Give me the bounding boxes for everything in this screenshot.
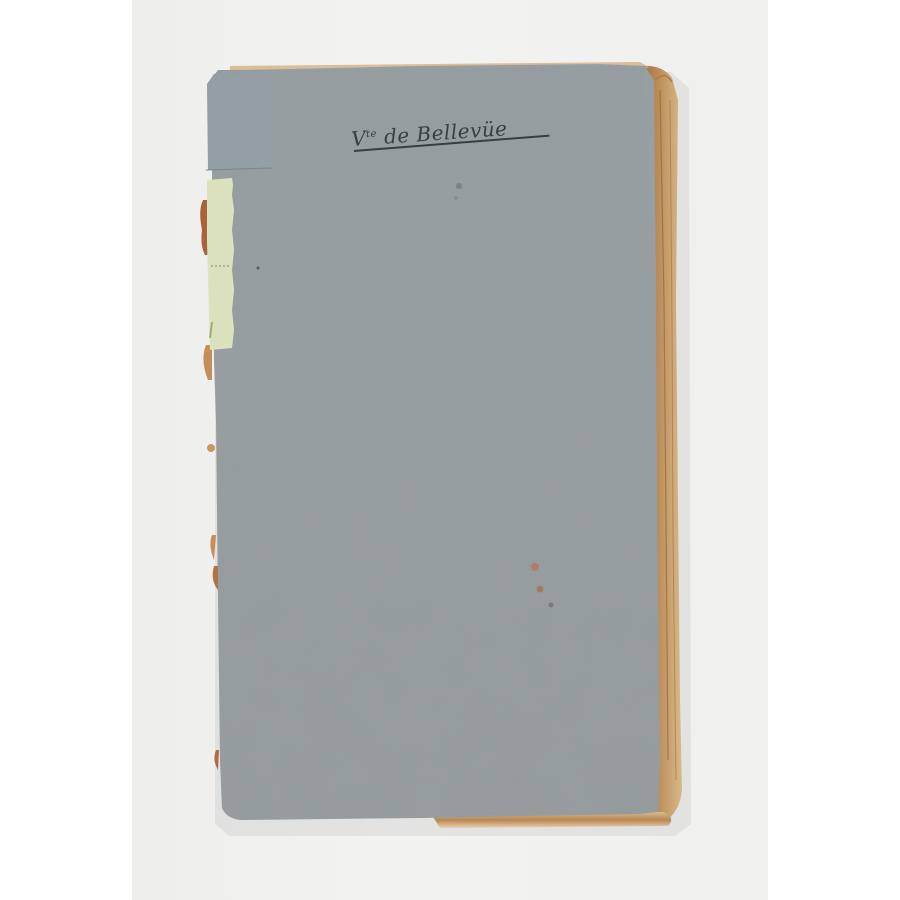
spine-patch: [207, 72, 272, 170]
inscription-prefix: V: [350, 126, 367, 151]
spine-label: [207, 178, 234, 350]
inscription-superscript: te: [366, 129, 378, 141]
